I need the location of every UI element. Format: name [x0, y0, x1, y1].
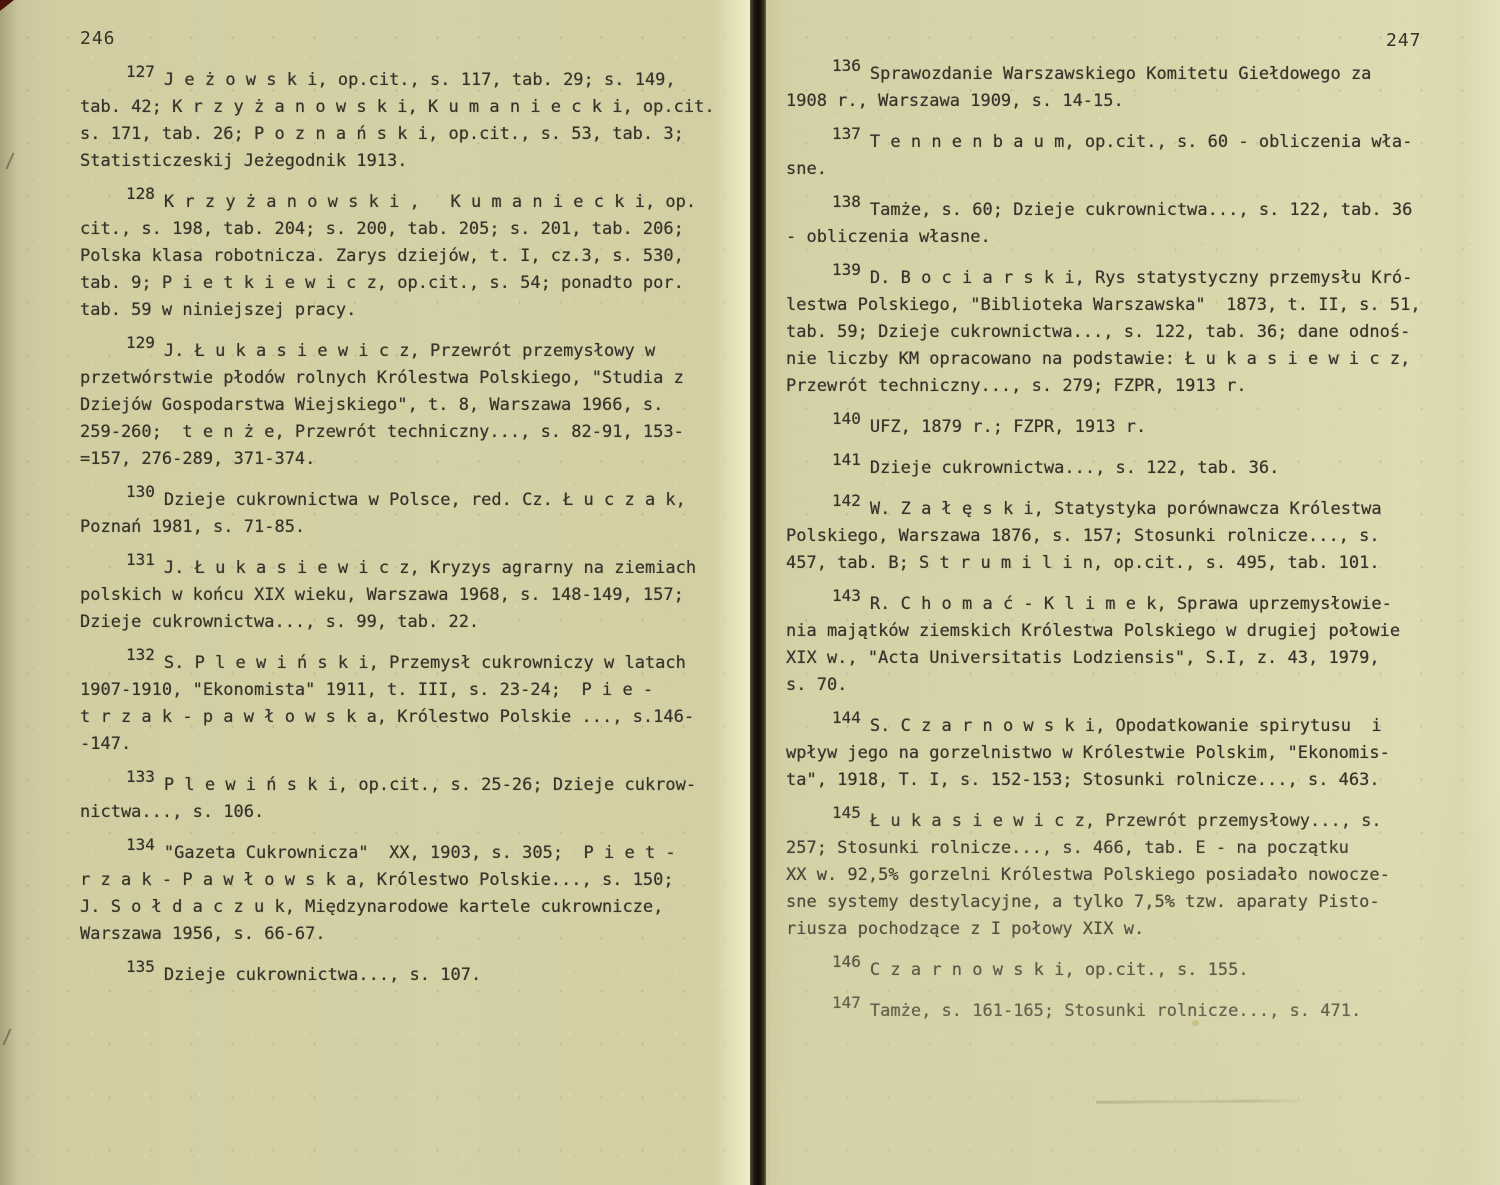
book-spread: 246 127J e ż o w s k i, op.cit., s. 117,… [0, 0, 1500, 1185]
footnote-line: 143R. C h o m a ć - K l i m e k, Sprawa … [786, 590, 1458, 618]
footnote-number: 138 [832, 188, 861, 215]
gutter-shadow [750, 0, 766, 1185]
footnote-141: 141Dzieje cukrownictwa..., s. 122, tab. … [786, 454, 1458, 482]
footnote-line: 140UFZ, 1879 r.; FZPR, 1913 r. [786, 413, 1458, 441]
footnote-134: 134"Gazeta Cukrownicza" XX, 1903, s. 305… [80, 839, 720, 948]
footnote-number: 134 [126, 831, 155, 858]
footnote-line: t r z a k - p a w ł o w s k a, Królestwo… [80, 704, 720, 731]
paper-stain-dot [1192, 1020, 1199, 1026]
footnote-line: lestwa Polskiego, "Biblioteka Warszawska… [786, 292, 1458, 319]
footnote-line: 145Ł u k a s i e w i c z, Przewrót przem… [786, 807, 1458, 835]
footnote-127: 127J e ż o w s k i, op.cit., s. 117, tab… [80, 66, 720, 175]
footnote-142: 142W. Z a ł ę s k i, Statystyka porównaw… [786, 495, 1458, 577]
footnote-number: 130 [126, 478, 155, 505]
footnote-number: 142 [832, 487, 861, 514]
footnote-line: 147Tamże, s. 161-165; Stosunki rolnicze.… [786, 997, 1458, 1025]
footnote-line: J. S o ł d a c z u k, Międzynarodowe kar… [80, 894, 720, 921]
footnote-line: 133P l e w i ń s k i, op.cit., s. 25-26;… [80, 771, 720, 799]
footnote-line: - obliczenia własne. [786, 224, 1458, 251]
footnote-number: 137 [832, 120, 861, 147]
footnote-line: tab. 59; Dzieje cukrownictwa..., s. 122,… [786, 319, 1458, 346]
footnote-line: ta", 1918, T. I, s. 152-153; Stosunki ro… [786, 767, 1458, 794]
footnote-line: 257; Stosunki rolnicze..., s. 466, tab. … [786, 835, 1458, 862]
footnote-number: 146 [832, 948, 861, 975]
footnote-146: 146C z a r n o w s k i, op.cit., s. 155. [786, 956, 1458, 984]
footnote-line: 128K r z y ż a n o w s k i , K u m a n i… [80, 188, 720, 216]
footnote-number: 143 [832, 582, 861, 609]
footnote-number: 140 [832, 405, 861, 432]
footnote-line: Przewrót techniczny..., s. 279; FZPR, 19… [786, 373, 1458, 400]
left-edge-shadow [0, 0, 18, 1185]
footnote-number: 129 [126, 329, 155, 356]
footnote-line: 129J. Ł u k a s i e w i c z, Przewrót pr… [80, 337, 720, 365]
footnote-line: Polskiego, Warszawa 1876, s. 157; Stosun… [786, 523, 1458, 550]
footnote-line: s. 70. [786, 672, 1458, 699]
footnote-line: sne. [786, 156, 1458, 183]
footnote-line: przetwórstwie płodów rolnych Królestwa P… [80, 365, 720, 392]
footnote-line: r z a k - P a w ł o w s k a, Królestwo P… [80, 867, 720, 894]
footnote-number: 147 [832, 989, 861, 1016]
footnote-number: 127 [126, 58, 155, 85]
footnote-line: Statisticzeskij Jeżegodnik 1913. [80, 148, 720, 175]
footnote-line: nictwa..., s. 106. [80, 799, 720, 826]
footnote-line: Dziejów Gospodarstwa Wiejskiego", t. 8, … [80, 392, 720, 419]
footnote-line: wpływ jego na gorzelnistwo w Królestwie … [786, 740, 1458, 767]
footnote-130: 130Dzieje cukrownictwa w Polsce, red. Cz… [80, 486, 720, 541]
footnote-line: riusza pochodzące z I połowy XIX w. [786, 916, 1458, 943]
footnote-line: XX w. 92,5% gorzelni Królestwa Polskiego… [786, 862, 1458, 889]
footnote-line: 130Dzieje cukrownictwa w Polsce, red. Cz… [80, 486, 720, 514]
footnote-line: polskich w końcu XIX wieku, Warszawa 196… [80, 582, 720, 609]
footnote-line: 136Sprawozdanie Warszawskiego Komitetu G… [786, 60, 1458, 88]
footnote-number: 139 [832, 256, 861, 283]
footnote-line: 137T e n n e n b a u m, op.cit., s. 60 -… [786, 128, 1458, 156]
footnote-129: 129J. Ł u k a s i e w i c z, Przewrót pr… [80, 337, 720, 473]
footnote-number: 128 [126, 180, 155, 207]
footnote-line: 146C z a r n o w s k i, op.cit., s. 155. [786, 956, 1458, 984]
footnote-131: 131J. Ł u k a s i e w i c z, Kryzys agra… [80, 554, 720, 636]
footnote-128: 128K r z y ż a n o w s k i , K u m a n i… [80, 188, 720, 324]
footnote-143: 143R. C h o m a ć - K l i m e k, Sprawa … [786, 590, 1458, 699]
footnote-line: Dzieje cukrownictwa..., s. 99, tab. 22. [80, 609, 720, 636]
footnote-133: 133P l e w i ń s k i, op.cit., s. 25-26;… [80, 771, 720, 826]
footnote-line: 144S. C z a r n o w s k i, Opodatkowanie… [786, 712, 1458, 740]
footnote-line: Warszawa 1956, s. 66-67. [80, 921, 720, 948]
footnote-line: 132S. P l e w i ń s k i, Przemysł cukrow… [80, 649, 720, 677]
gutter-highlight [712, 0, 750, 1185]
footnote-138: 138Tamże, s. 60; Dzieje cukrownictwa...,… [786, 196, 1458, 251]
footnote-line: 142W. Z a ł ę s k i, Statystyka porównaw… [786, 495, 1458, 523]
footnote-147: 147Tamże, s. 161-165; Stosunki rolnicze.… [786, 997, 1458, 1025]
footnote-line: tab. 9; P i e t k i e w i c z, op.cit., … [80, 270, 720, 297]
footnotes-left: 127J e ż o w s k i, op.cit., s. 117, tab… [80, 66, 720, 1002]
footnote-line: nia majątków ziemskich Królestwa Polskie… [786, 618, 1458, 645]
footnote-line: 1907-1910, "Ekonomista" 1911, t. III, s.… [80, 677, 720, 704]
footnote-line: 457, tab. B; S t r u m i l i n, op.cit.,… [786, 550, 1458, 577]
paper-smudge [1096, 1099, 1314, 1104]
footnote-line: XIX w., "Acta Universitatis Lodziensis",… [786, 645, 1458, 672]
footnote-132: 132S. P l e w i ń s k i, Przemysł cukrow… [80, 649, 720, 758]
footnote-line: 135Dzieje cukrownictwa..., s. 107. [80, 961, 720, 989]
footnote-137: 137T e n n e n b a u m, op.cit., s. 60 -… [786, 128, 1458, 183]
footnote-line: =157, 276-289, 371-374. [80, 446, 720, 473]
footnotes-right: 136Sprawozdanie Warszawskiego Komitetu G… [786, 60, 1458, 1038]
footnote-line: 1908 r., Warszawa 1909, s. 14-15. [786, 88, 1458, 115]
footnote-number: 133 [126, 763, 155, 790]
footnote-number: 135 [126, 953, 155, 980]
corner-mark [0, 0, 14, 11]
footnote-number: 131 [126, 546, 155, 573]
footnote-140: 140UFZ, 1879 r.; FZPR, 1913 r. [786, 413, 1458, 441]
footnote-number: 145 [832, 799, 861, 826]
footnote-line: cit., s. 198, tab. 204; s. 200, tab. 205… [80, 216, 720, 243]
footnote-line: Polska klasa robotnicza. Zarys dziejów, … [80, 243, 720, 270]
footnote-145: 145Ł u k a s i e w i c z, Przewrót przem… [786, 807, 1458, 943]
footnote-139: 139D. B o c i a r s k i, Rys statystyczn… [786, 264, 1458, 400]
footnote-line: 134"Gazeta Cukrownicza" XX, 1903, s. 305… [80, 839, 720, 867]
footnote-line: -147. [80, 731, 720, 758]
footnote-line: Poznań 1981, s. 71-85. [80, 514, 720, 541]
footnote-number: 136 [832, 52, 861, 79]
right-edge-highlight [1460, 0, 1500, 1185]
footnote-number: 144 [832, 704, 861, 731]
footnote-line: s. 171, tab. 26; P o z n a ń s k i, op.c… [80, 121, 720, 148]
page-number-left: 246 [80, 28, 116, 49]
footnote-number: 132 [126, 641, 155, 668]
footnote-line: 138Tamże, s. 60; Dzieje cukrownictwa...,… [786, 196, 1458, 224]
page-number-right: 247 [1386, 30, 1422, 51]
footnote-line: 127J e ż o w s k i, op.cit., s. 117, tab… [80, 66, 720, 94]
footnote-line: sne systemy destylacyjne, a tylko 7,5% t… [786, 889, 1458, 916]
footnote-line: tab. 59 w niniejszej pracy. [80, 297, 720, 324]
footnote-line: 141Dzieje cukrownictwa..., s. 122, tab. … [786, 454, 1458, 482]
footnote-136: 136Sprawozdanie Warszawskiego Komitetu G… [786, 60, 1458, 115]
footnote-line: 131J. Ł u k a s i e w i c z, Kryzys agra… [80, 554, 720, 582]
footnote-line: 139D. B o c i a r s k i, Rys statystyczn… [786, 264, 1458, 292]
footnote-line: 259-260; t e n ż e, Przewrót techniczny.… [80, 419, 720, 446]
footnote-line: tab. 42; K r z y ż a n o w s k i, K u m … [80, 94, 720, 121]
footnote-number: 141 [832, 446, 861, 473]
footnote-144: 144S. C z a r n o w s k i, Opodatkowanie… [786, 712, 1458, 794]
footnote-line: nie liczby KM opracowano na podstawie: Ł… [786, 346, 1458, 373]
footnote-135: 135Dzieje cukrownictwa..., s. 107. [80, 961, 720, 989]
